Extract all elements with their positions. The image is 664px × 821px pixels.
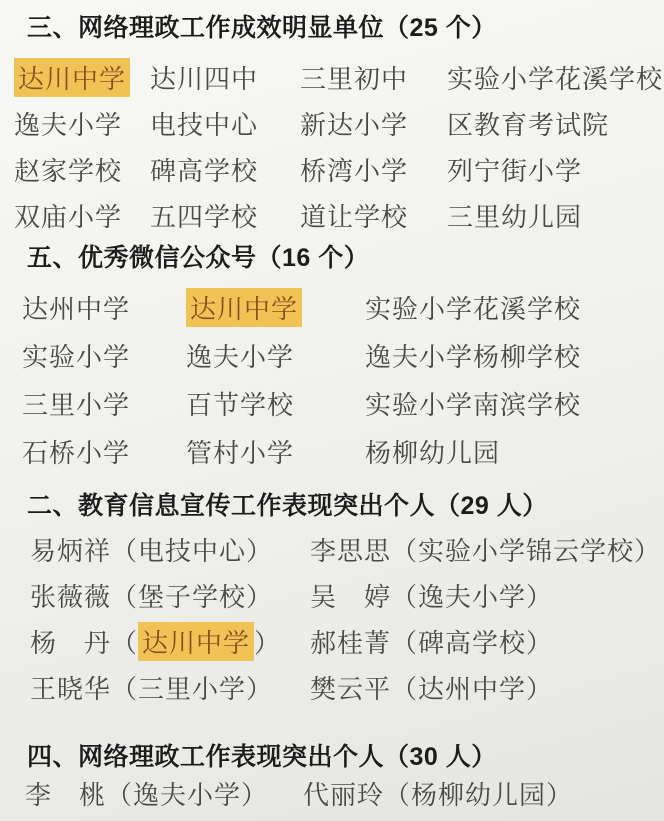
unit-cell: 达川四中	[150, 54, 300, 100]
unit-label: 实验小学	[22, 337, 130, 374]
unit-cell: 逸夫小学	[14, 100, 150, 146]
unit-cell: 道让学校	[300, 192, 447, 238]
section-title-wechat-accounts: 五、优秀微信公众号（16 个）	[27, 238, 369, 274]
person-cell: 代丽玲（杨柳幼儿园）	[303, 770, 573, 816]
section-title-network-individuals: 四、网络理政工作表现突出个人（30 人）	[27, 737, 497, 773]
person-label: 李思思（实验小学锦云学校）	[310, 531, 661, 568]
unit-cell: 区教育考试院	[447, 100, 663, 146]
unit-cell: 双庙小学	[14, 192, 150, 238]
person-label: 张薇薇（堡子学校）	[30, 577, 273, 614]
person-cell: 易炳祥（电技中心）	[30, 526, 310, 572]
unit-cell: 赵家学校	[14, 146, 150, 192]
unit-cell: 实验小学南滨学校	[365, 379, 581, 427]
person-label: 郝桂菁（碑高学校）	[310, 623, 553, 660]
unit-label: 实验小学花溪学校	[365, 289, 581, 326]
person-label: 樊云平（达州中学）	[310, 669, 553, 706]
unit-label: 三里初中	[300, 59, 408, 96]
unit-cell: 新达小学	[300, 100, 447, 146]
person-cell: 李 桃（逸夫小学）	[25, 770, 303, 816]
unit-cell: 三里幼儿园	[447, 192, 663, 238]
person-label: 李 桃（逸夫小学）	[25, 775, 268, 812]
unit-cell: 三里小学	[22, 379, 186, 427]
person-label: 吴 婷（逸夫小学）	[310, 577, 553, 614]
unit-label: 三里幼儿园	[447, 197, 582, 234]
unit-label: 石桥小学	[22, 433, 130, 470]
person-cell: 杨 丹（达川中学）	[30, 618, 310, 664]
person-cell: 郝桂菁（碑高学校）	[310, 618, 661, 664]
unit-cell: 实验小学花溪学校	[365, 283, 581, 331]
person-label: 代丽玲（杨柳幼儿园）	[303, 775, 573, 812]
unit-cell: 实验小学	[22, 331, 186, 379]
unit-cell: 管村小学	[186, 427, 365, 475]
unit-label: 区教育考试院	[447, 105, 609, 142]
unit-label: 三里小学	[22, 385, 130, 422]
unit-cell: 百节学校	[186, 379, 365, 427]
unit-grid-network: 达川中学 达川四中 三里初中 实验小学花溪学校 逸夫小学 电技中心 新达小学 区…	[14, 54, 663, 238]
unit-cell: 达川中学	[14, 54, 150, 100]
unit-cell: 桥湾小学	[300, 146, 447, 192]
highlighted-school: 达川中学	[186, 288, 302, 327]
unit-label: 赵家学校	[14, 151, 122, 188]
unit-cell: 五四学校	[150, 192, 300, 238]
unit-cell: 逸夫小学杨柳学校	[365, 331, 581, 379]
unit-label: 逸夫小学杨柳学校	[365, 337, 581, 374]
highlighted-school: 达川中学	[14, 58, 130, 97]
person-grid-publicity: 易炳祥（电技中心） 李思思（实验小学锦云学校） 张薇薇（堡子学校） 吴 婷（逸夫…	[30, 526, 661, 710]
highlighted-school: 达川中学	[138, 622, 254, 661]
unit-label: 电技中心	[150, 105, 258, 142]
unit-label: 百节学校	[186, 385, 294, 422]
unit-label: 列宁街小学	[447, 151, 582, 188]
unit-label: 道让学校	[300, 197, 408, 234]
person-cell: 张薇薇（堡子学校）	[30, 572, 310, 618]
person-label: 易炳祥（电技中心）	[30, 531, 273, 568]
person-cell: 樊云平（达州中学）	[310, 664, 661, 710]
unit-cell: 列宁街小学	[447, 146, 663, 192]
person-label: 杨 丹（	[30, 623, 138, 660]
unit-label: 实验小学南滨学校	[365, 385, 581, 422]
unit-label: 逸夫小学	[14, 105, 122, 142]
person-cell: 李思思（实验小学锦云学校）	[310, 526, 661, 572]
section-title-network-units: 三、网络理政工作成效明显单位（25 个）	[27, 8, 497, 44]
unit-label: 管村小学	[186, 433, 294, 470]
unit-cell: 达州中学	[22, 283, 186, 331]
unit-label: 碑高学校	[150, 151, 258, 188]
unit-label: 五四学校	[150, 197, 258, 234]
unit-label: 新达小学	[300, 105, 408, 142]
unit-label: 双庙小学	[14, 197, 122, 234]
unit-cell: 杨柳幼儿园	[365, 427, 581, 475]
section-title-publicity-individuals: 二、教育信息宣传工作表现突出个人（29 人）	[27, 486, 548, 522]
unit-cell: 达川中学	[186, 283, 365, 331]
document-page: 三、网络理政工作成效明显单位（25 个） 达川中学 达川四中 三里初中 实验小学…	[0, 0, 664, 821]
person-grid-network: 李 桃（逸夫小学） 代丽玲（杨柳幼儿园）	[25, 770, 573, 816]
unit-cell: 石桥小学	[22, 427, 186, 475]
unit-label: 达州中学	[22, 289, 130, 326]
person-label: 王晓华（三里小学）	[30, 669, 273, 706]
unit-cell: 实验小学花溪学校	[447, 54, 663, 100]
unit-label: 实验小学花溪学校	[447, 59, 663, 96]
unit-label: 桥湾小学	[300, 151, 408, 188]
person-cell: 王晓华（三里小学）	[30, 664, 310, 710]
person-cell: 吴 婷（逸夫小学）	[310, 572, 661, 618]
unit-cell: 碑高学校	[150, 146, 300, 192]
unit-label: 杨柳幼儿园	[365, 433, 500, 470]
person-label: ）	[254, 623, 281, 660]
unit-label: 达川四中	[150, 59, 258, 96]
unit-label: 逸夫小学	[186, 337, 294, 374]
unit-cell: 逸夫小学	[186, 331, 365, 379]
unit-grid-wechat: 达州中学 达川中学 实验小学花溪学校 实验小学 逸夫小学 逸夫小学杨柳学校 三里…	[22, 283, 581, 475]
unit-cell: 电技中心	[150, 100, 300, 146]
unit-cell: 三里初中	[300, 54, 447, 100]
